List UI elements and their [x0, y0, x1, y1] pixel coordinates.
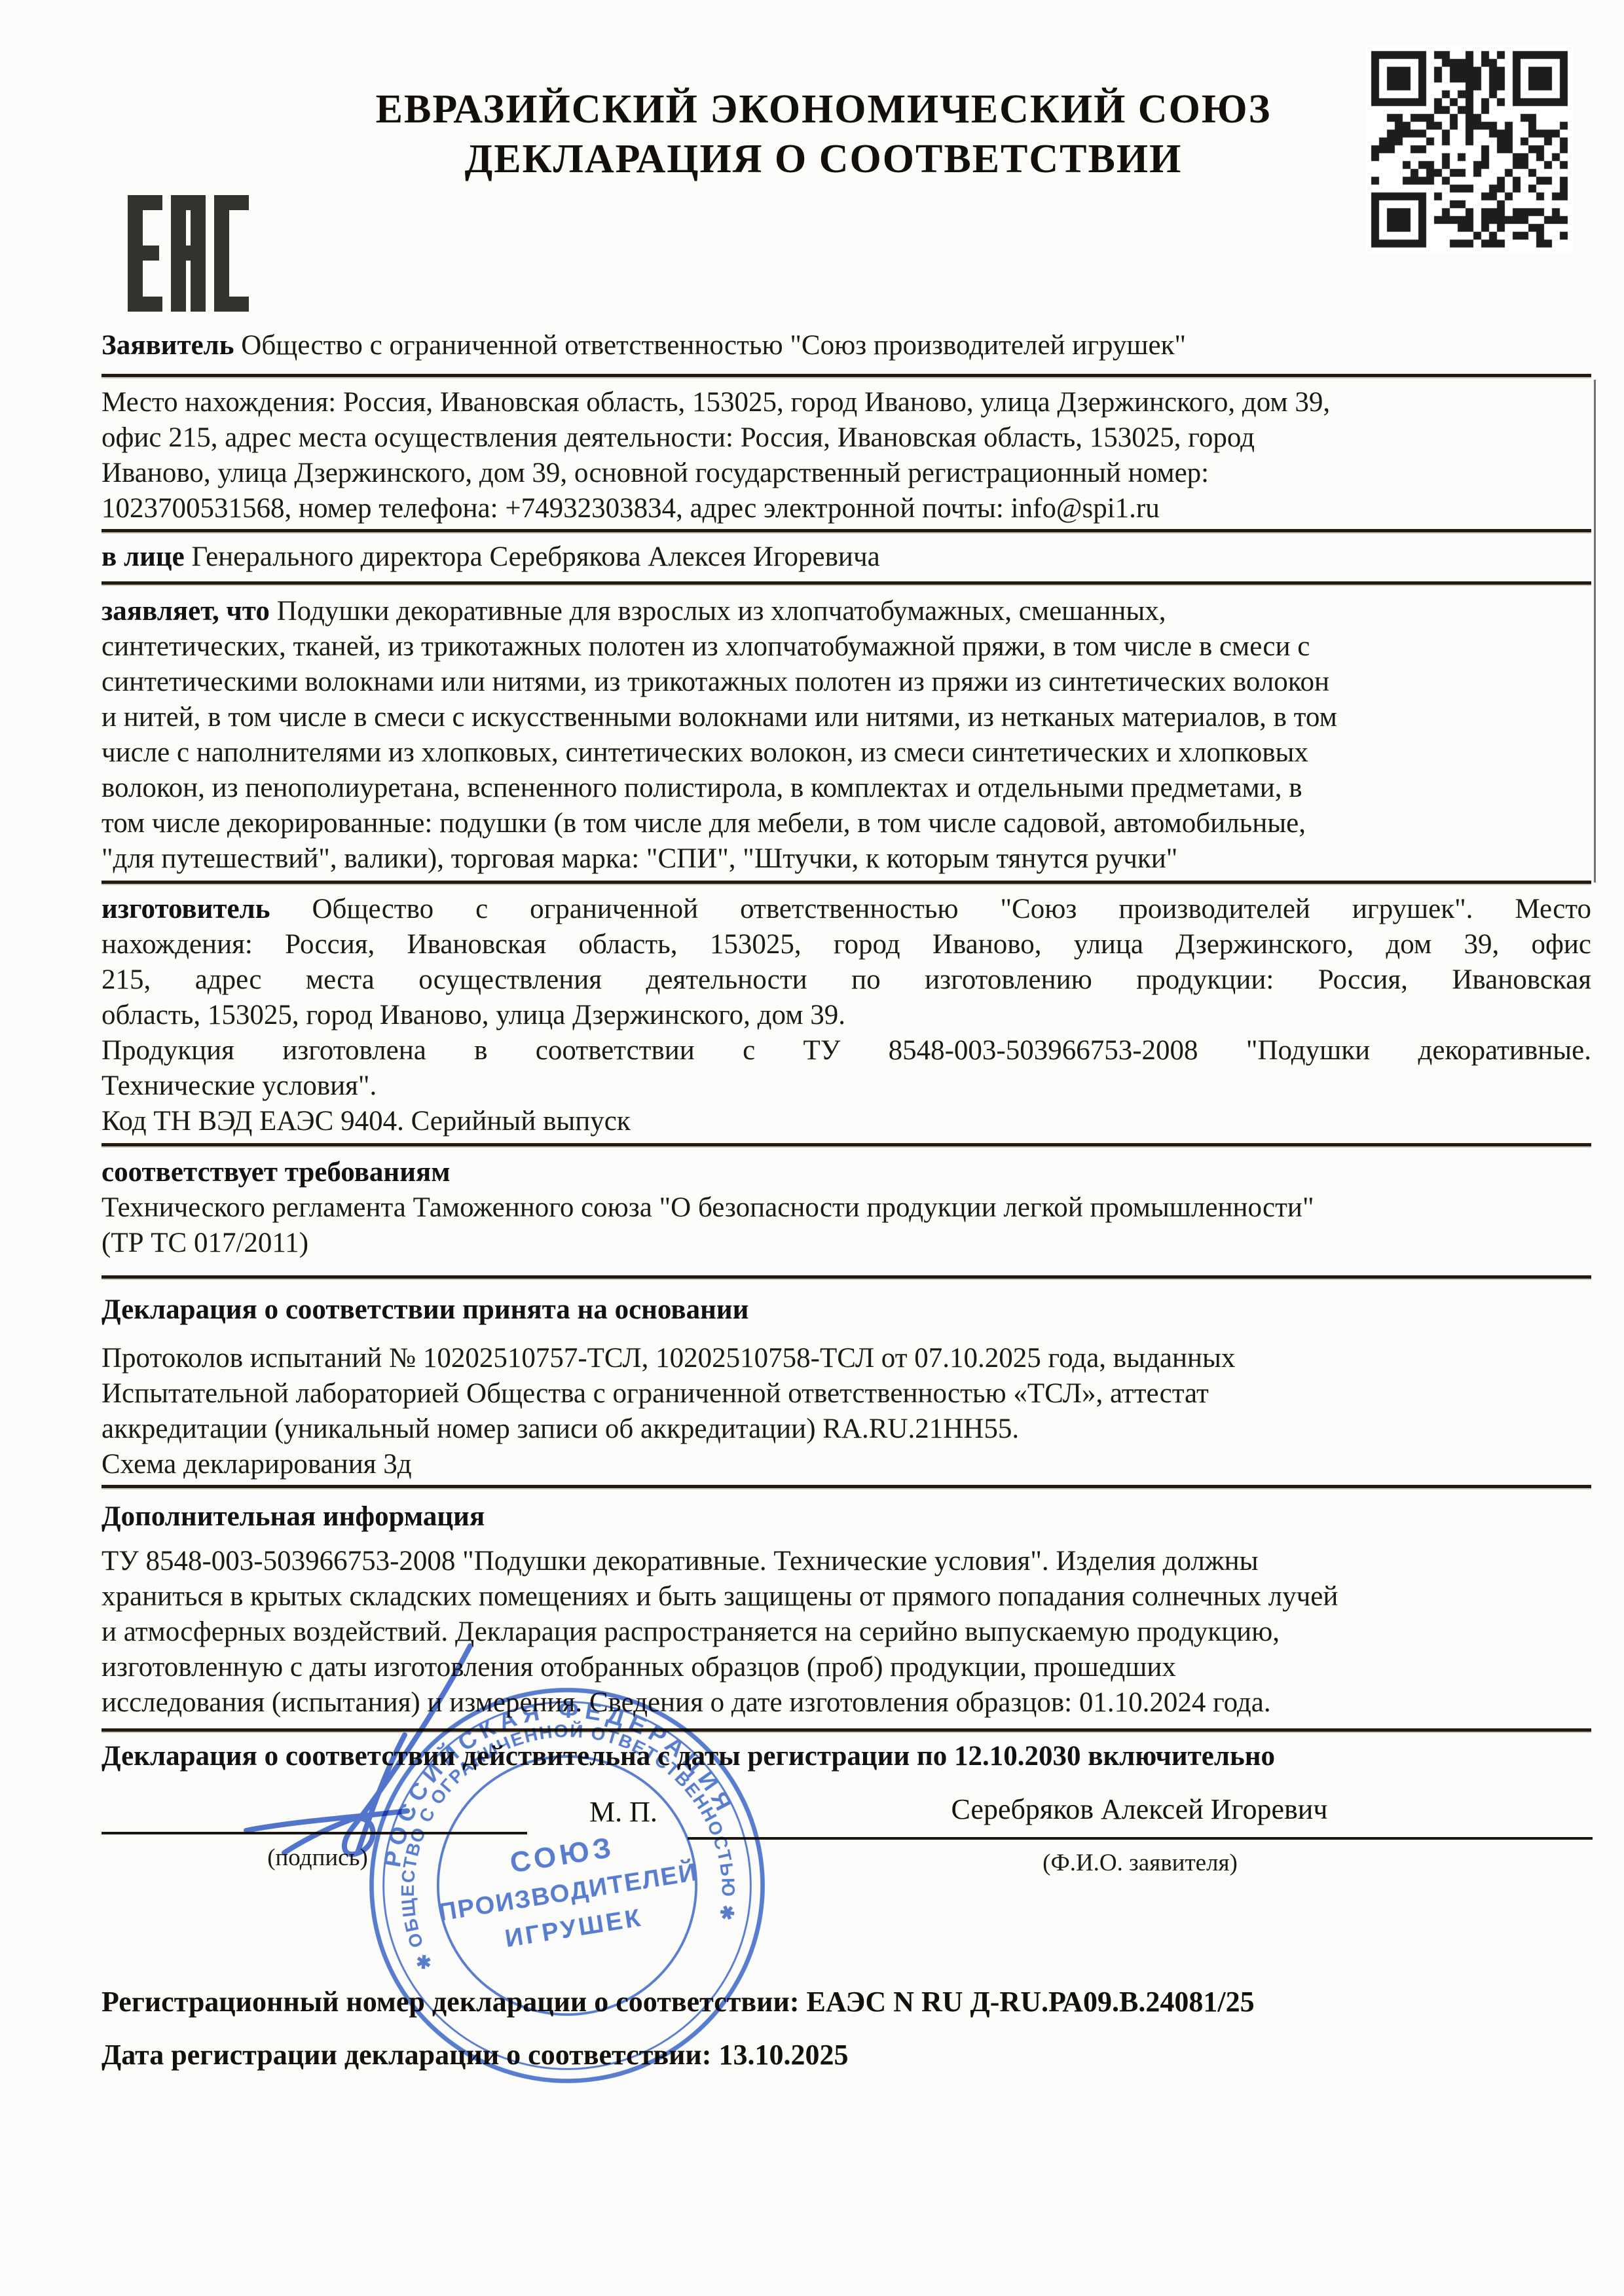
page-title: ЕВРАЗИЙСКИЙ ЭКОНОМИЧЕСКИЙ СОЮЗ: [101, 86, 1545, 132]
divider: [101, 529, 1591, 532]
divider: [101, 581, 1591, 585]
applicant-row: Заявитель Общество с ограниченной ответс…: [101, 327, 1591, 363]
manufacturer-line3: 215, адрес места осуществления деятельно…: [101, 962, 1591, 998]
manufacturer-line1: Общество с ограниченной ответственностью…: [312, 894, 1592, 924]
compliance-paragraph: Технического регламента Таможенного союз…: [101, 1190, 1591, 1261]
tnved-code-line: Код ТН ВЭД ЕАЭС 9404. Серийный выпуск: [101, 1104, 1591, 1139]
handwritten-signature: [229, 1637, 511, 1872]
production-paragraph: Продукция изготовлена в соответствии с Т…: [101, 1033, 1591, 1139]
basis-heading: Декларация о соответствии принята на осн…: [101, 1292, 1591, 1328]
in-person-row: в лице Генерального директора Серебряков…: [101, 539, 1591, 575]
registration-number-value: ЕАЭС N RU Д-RU.РА09.В.24081/25: [807, 1986, 1255, 2018]
divider: [101, 1485, 1591, 1488]
stamp-center-line1: СОЮЗ: [507, 1831, 616, 1880]
applicant-value: Общество с ограниченной ответственностью…: [241, 330, 1186, 361]
registration-date-row: Дата регистрации декларации о соответств…: [101, 2038, 1591, 2071]
location-paragraph: Место нахождения: Россия, Ивановская обл…: [101, 385, 1591, 526]
in-person-value: Генерального директора Серебрякова Алекс…: [191, 541, 879, 572]
declares-label: заявляет, что: [101, 596, 270, 627]
scan-artifact-line: [1594, 380, 1596, 883]
basis-paragraph: Протоколов испытаний № 10202510757-ТСЛ, …: [101, 1341, 1591, 1447]
divider: [101, 1275, 1591, 1279]
applicant-label: Заявитель: [101, 330, 234, 361]
production-line2: Технические условия".: [101, 1068, 1591, 1104]
applicant-full-name: Серебряков Алексей Игоревич: [688, 1793, 1591, 1826]
divider: [101, 1143, 1591, 1146]
manufacturer-line4: область, 153025, город Иваново, улица Дз…: [101, 998, 1591, 1033]
divider: [101, 881, 1591, 884]
name-line: [688, 1837, 1593, 1840]
in-person-label: в лице: [101, 541, 185, 572]
compliance-heading: соответствует требованиям: [101, 1154, 1591, 1190]
declares-first-line: Подушки декоративные для взрослых из хло…: [277, 596, 1166, 627]
name-caption: (Ф.И.О. заявителя): [688, 1849, 1593, 1877]
registration-number-row: Регистрационный номер декларации о соотв…: [101, 1985, 1591, 2018]
declares-paragraph: заявляет, что Подушки декоративные для в…: [101, 594, 1591, 877]
production-line1: Продукция изготовлена в соответствии с Т…: [101, 1033, 1591, 1068]
manufacturer-paragraph: изготовитель Общество с ограниченной отв…: [101, 892, 1591, 1033]
divider: [101, 374, 1591, 377]
declares-lines: синтетических, тканей, из трикотажных по…: [101, 629, 1591, 877]
declaration-scheme: Схема декларирования 3д: [101, 1447, 1591, 1482]
page-subtitle: ДЕКЛАРАЦИЯ О СООТВЕТСТВИИ: [101, 136, 1545, 182]
additional-heading: Дополнительная информация: [101, 1499, 1591, 1535]
manufacturer-label: изготовитель: [101, 894, 270, 924]
manufacturer-line2: нахождения: Россия, Ивановская область, …: [101, 927, 1591, 962]
qr-code: [1366, 46, 1573, 253]
declaration-document: ЕВРАЗИЙСКИЙ ЭКОНОМИЧЕСКИЙ СОЮЗ ДЕКЛАРАЦИ…: [0, 0, 1624, 2296]
eac-mark-logo: [128, 195, 249, 312]
